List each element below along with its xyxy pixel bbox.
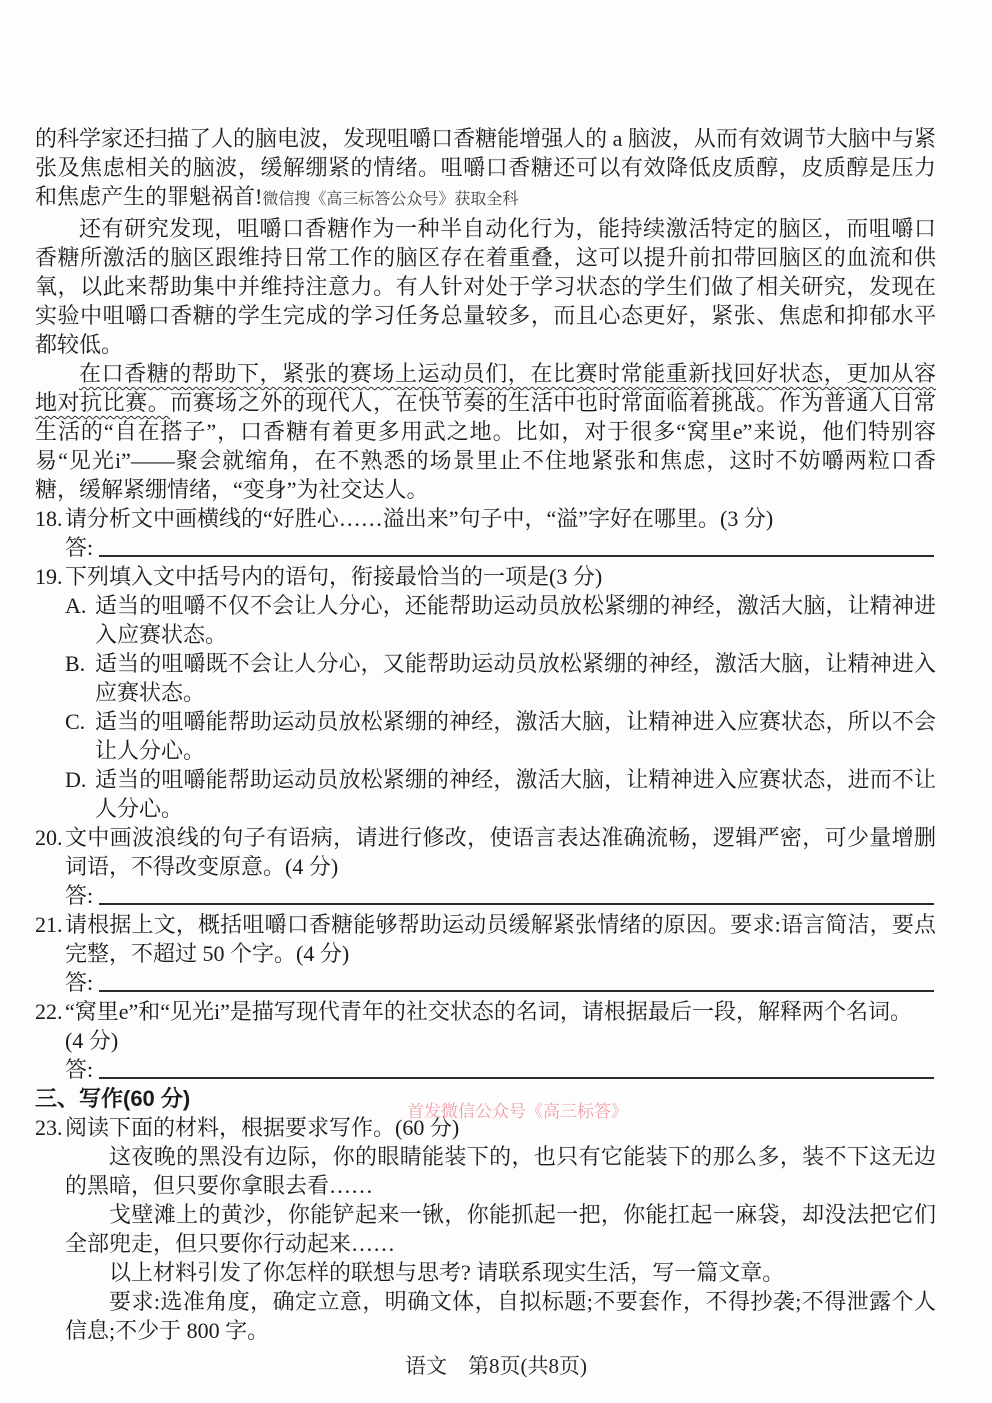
answer-blank-line — [99, 533, 934, 557]
pink-watermark: 首发微信公众号《高三标答》 — [407, 1097, 628, 1126]
question-18-answer-row: 答: — [65, 533, 936, 562]
question-19: 19. 下列填入文中括号内的语句，衔接最恰当的一项是(3 分) A. 适当的咀嚼… — [35, 562, 936, 823]
question-23-text: 阅读下面的材料，根据要求写作。(60 分) — [65, 1115, 459, 1140]
exam-page: 的科学家还扫描了人的脑电波，发现咀嚼口香糖能增强人的 a 脑波，从而有效调节大脑… — [0, 0, 992, 1403]
material-paragraph-1: 这夜晚的黑没有边际，你的眼睛能装下的，也只有它能装下的那么多，装不下这无边的黑暗… — [65, 1142, 936, 1200]
question-19-number: 19. — [35, 562, 63, 591]
question-19-option-c: C. 适当的咀嚼能帮助运动员放松紧绷的神经，激活大脑，让精神进入应赛状态，所以不… — [65, 707, 936, 765]
option-a-label: A. — [65, 591, 86, 620]
option-b-label: B. — [65, 649, 85, 678]
question-20-text: 文中画波浪线的句子有语病，请进行修改，使语言表达准确流畅，逻辑严密，可少量增删词… — [65, 825, 936, 879]
page-content: 的科学家还扫描了人的脑电波，发现咀嚼口香糖能增强人的 a 脑波，从而有效调节大脑… — [35, 124, 936, 1345]
passage-paragraph-2: 还有研究发现，咀嚼口香糖作为一种半自动化行为，能持续激活特定的脑区，而咀嚼口香糖… — [35, 214, 936, 359]
question-19-option-b: B. 适当的咀嚼既不会让人分心，又能帮助运动员放松紧绷的神经，激活大脑，让精神进… — [65, 649, 936, 707]
option-c-text: 适当的咀嚼能帮助运动员放松紧绷的神经，激活大脑，让精神进入应赛状态，所以不会让人… — [95, 709, 936, 763]
option-d-text: 适当的咀嚼能帮助运动员放松紧绷的神经，激活大脑，让精神进入应赛状态，进而不让人分… — [95, 767, 936, 821]
question-19-text: 下列填入文中括号内的语句，衔接最恰当的一项是(3 分) — [65, 564, 602, 589]
question-20-answer-row: 答: — [65, 881, 936, 910]
question-23-number: 23. — [35, 1113, 63, 1142]
question-21: 21. 请根据上文，概括咀嚼口香糖能够帮助运动员缓解紧张情绪的原因。要求:语言简… — [35, 910, 936, 997]
material-paragraph-4: 要求:选准角度，确定立意，明确文体，自拟标题;不要套作，不得抄袭;不得泄露个人信… — [65, 1287, 936, 1345]
passage-paragraph-1: 的科学家还扫描了人的脑电波，发现咀嚼口香糖能增强人的 a 脑波，从而有效调节大脑… — [35, 124, 936, 214]
section-3-heading-text: 三、写作(60 分) — [35, 1086, 190, 1111]
question-20: 20. 文中画波浪线的句子有语病，请进行修改，使语言表达准确流畅，逻辑严密，可少… — [35, 823, 936, 910]
option-d-label: D. — [65, 765, 86, 794]
option-b-text: 适当的咀嚼既不会让人分心，又能帮助运动员放松紧绷的神经，激活大脑，让精神进入应赛… — [95, 651, 936, 705]
question-19-option-a: A. 适当的咀嚼不仅不会让人分心，还能帮助运动员放松紧绷的神经，激活大脑，让精神… — [65, 591, 936, 649]
question-22-score: (4 分) — [65, 1026, 936, 1055]
question-18-number: 18. — [35, 504, 63, 533]
question-18-text: 请分析文中画横线的“好胜心……溢出来”句子中，“溢”字好在哪里。(3 分) — [65, 506, 773, 531]
question-20-number: 20. — [35, 823, 63, 852]
inline-gray-watermark: 微信搜《高三标答公众号》获取全科 — [262, 191, 518, 208]
answer-blank-line — [99, 968, 934, 992]
question-19-option-d: D. 适当的咀嚼能帮助运动员放松紧绷的神经，激活大脑，让精神进入应赛状态，进而不… — [65, 765, 936, 823]
answer-blank-line — [99, 881, 934, 905]
section-3-heading: 三、写作(60 分) 首发微信公众号《高三标答》 — [35, 1084, 936, 1113]
material-paragraph-3: 以上材料引发了你怎样的联想与思考? 请联系现实生活，写一篇文章。 — [65, 1258, 936, 1287]
answer-label: 答: — [65, 968, 93, 997]
answer-label: 答: — [65, 533, 93, 562]
passage-paragraph-3-rest: 而赛场之外的现代人，在快节奏的生活中也时常面临着挑战。作为普通人日常生活的“自在… — [35, 390, 936, 502]
question-22-number: 22. — [35, 997, 63, 1026]
answer-label: 答: — [65, 881, 93, 910]
passage-paragraph-3: 在口香糖的帮助下，紧张的赛场上运动员们，在比赛时常能重新找回好状态，更加从容地对… — [35, 359, 936, 504]
material-paragraph-2: 戈壁滩上的黄沙，你能铲起来一锹，你能抓起一把，你能扛起一麻袋，却没法把它们全部兜… — [65, 1200, 936, 1258]
page-footer: 语文 第8页(共8页) — [0, 1350, 992, 1380]
question-22-answer-row: 答: — [65, 1055, 936, 1084]
question-22-text: “窝里e”和“见光i”是描写现代青年的社交状态的名词，请根据最后一段，解释两个名… — [65, 999, 912, 1024]
answer-blank-line — [99, 1055, 934, 1079]
option-c-label: C. — [65, 707, 85, 736]
question-23: 23. 阅读下面的材料，根据要求写作。(60 分) 这夜晚的黑没有边际，你的眼睛… — [35, 1113, 936, 1345]
question-18: 18. 请分析文中画横线的“好胜心……溢出来”句子中，“溢”字好在哪里。(3 分… — [35, 504, 936, 562]
question-21-number: 21. — [35, 910, 63, 939]
answer-label: 答: — [65, 1055, 93, 1084]
question-21-text: 请根据上文，概括咀嚼口香糖能够帮助运动员缓解紧张情绪的原因。要求:语言简洁，要点… — [65, 912, 936, 966]
question-22: 22. “窝里e”和“见光i”是描写现代青年的社交状态的名词，请根据最后一段，解… — [35, 997, 936, 1084]
question-21-answer-row: 答: — [65, 968, 936, 997]
option-a-text: 适当的咀嚼不仅不会让人分心，还能帮助运动员放松紧绷的神经，激活大脑，让精神进入应… — [95, 593, 936, 647]
